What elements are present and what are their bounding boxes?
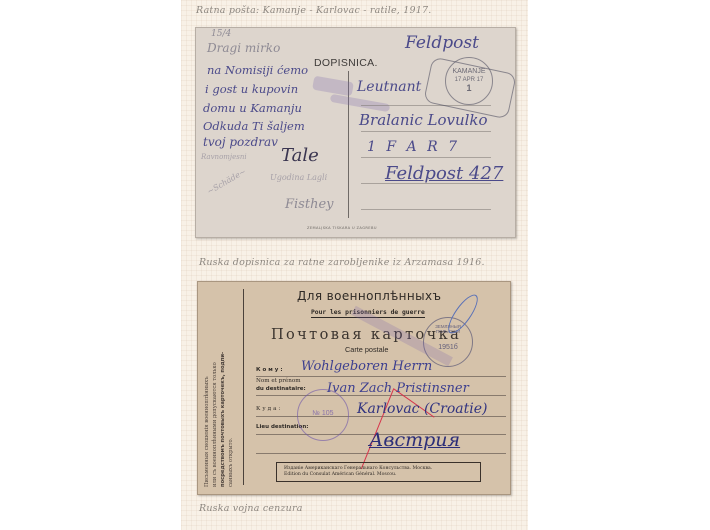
field-rule <box>256 453 506 454</box>
address-line: Feldpost <box>405 33 479 53</box>
postmark-hour: 1 <box>446 84 492 92</box>
message-line: na Nomisiji ćemo <box>207 63 308 77</box>
postmark-circle: KAMANJE 17 APR 17 1 <box>445 57 493 105</box>
postmark-place: KAMANJE <box>446 68 492 76</box>
message-date: 15/4 <box>211 29 231 39</box>
instruction-line: санныхъ открыто. <box>228 438 234 487</box>
signature: Tale <box>281 145 319 166</box>
pencil-signature: Ravnomjesni <box>201 153 247 161</box>
handwritten-address-line: Ivan Zach Pristinsner <box>327 381 469 396</box>
pencil-scrawl: ~Schäde~ <box>206 167 248 196</box>
address-rule <box>361 209 491 210</box>
message-line: domu u Kamanju <box>203 101 302 115</box>
field-to-fr: Nom et prénom <box>256 378 301 385</box>
message-line: i gost u kupovin <box>205 82 298 96</box>
instruction-line: или съ военноплѣнными допускаются только <box>212 362 218 487</box>
address-rule <box>361 157 491 158</box>
caption-middle: Ruska dopisnica za ratne zarobljenike iz… <box>199 257 485 268</box>
printed-title: DOPISNICA. <box>314 57 378 69</box>
address-rule <box>361 131 491 132</box>
instruction-line: Письменныя сношенія военноплѣнныхъ <box>204 376 210 487</box>
field-where-ru: Куда: <box>256 406 282 413</box>
caption-bottom: Ruska vojna cenzura <box>199 503 303 514</box>
handwritten-address-line: Karlovac (Croatie) <box>357 401 487 417</box>
postcard-pow-russia: Письменныя сношенія военноплѣнныхъ или с… <box>197 281 511 495</box>
footer-line-fr: Edition du Consulat Américan Général. Mo… <box>284 472 480 478</box>
violet-stamp-smudge <box>330 94 390 112</box>
address-line: Feldpost 427 <box>385 163 503 184</box>
header-russian: Для военноплѣнныхъ <box>297 289 441 303</box>
card-divider <box>243 289 244 485</box>
caption-top: Ratna pošta: Kamanje - Karlovac - ratile… <box>196 5 431 16</box>
field-to-ru: Кому: <box>256 367 285 374</box>
side-instructions: Письменныя сношенія военноплѣнныхъ или с… <box>201 287 241 487</box>
handwritten-address-line: Австрия <box>369 429 460 451</box>
card-type-french: Carte postale <box>345 345 388 354</box>
publisher-footer: Изданіе Американскаго Генеральнаго Консу… <box>276 462 481 482</box>
censor-stamp: № 105 <box>297 389 349 441</box>
pencil-signature: Ugodina Lagli <box>270 173 327 182</box>
pencil-signature: Fisthey <box>285 197 333 212</box>
address-line: 1 F A R 7 <box>367 139 460 155</box>
field-to-fr: du destinataire: <box>256 386 306 393</box>
address-line: Bralanic Lovulko <box>359 111 488 129</box>
message-line: Dragi mirko <box>207 41 280 55</box>
printer-imprint: ZEMALJSKA TISKARA U ZAGREBU <box>307 226 377 230</box>
handwritten-address-line: Wohlgeboren Herrn <box>301 359 432 374</box>
field-rule <box>256 376 506 377</box>
postcard-dopisnica: DOPISNICA. 15/4 Dragi mirko na Nomisiji … <box>195 27 516 238</box>
censor-stamp-number: № 105 <box>312 410 333 417</box>
message-line: Odkuda Ti šaljem <box>203 119 305 133</box>
instruction-line: посредствомъ почтовыхъ карточекъ, подпи- <box>220 352 226 487</box>
message-line: tvoj pozdrav <box>203 135 278 149</box>
address-line: Leutnant <box>357 79 421 95</box>
